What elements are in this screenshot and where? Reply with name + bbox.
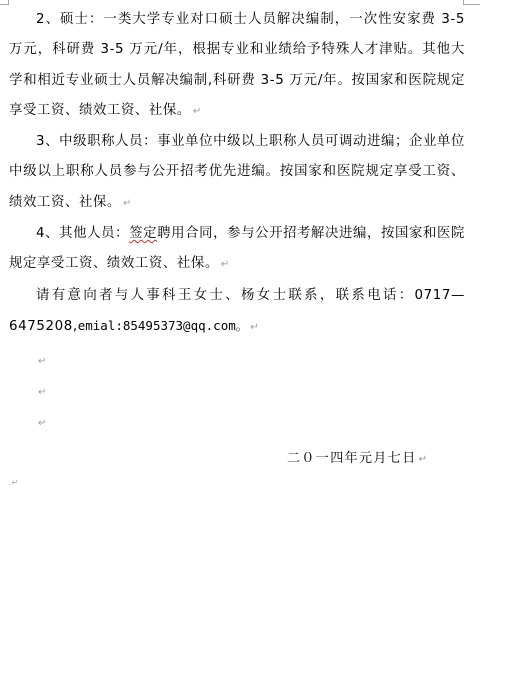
trailing-paragraph-mark-icon: .↵ [9, 478, 18, 487]
document-date-text: 二０一四年元月七日 [287, 451, 417, 466]
empty-paragraph[interactable]: ↵ [9, 343, 465, 374]
paragraph-mark-icon: ↵ [38, 356, 46, 367]
paragraph-other-staff[interactable]: 4、其他人员：签定聘用合同，参与公开招考解决进编，按国家和医院规定享受工资、绩效… [9, 219, 465, 281]
paragraph-masters-text: 2、硕士：一类大学专业对口硕士人员解决编制，一次性安家费 3-5 万元，科研费 … [9, 12, 465, 118]
empty-paragraph[interactable]: ↵ [9, 405, 465, 436]
paragraph-intermediate-title-text: 3、中级职称人员：事业单位中级以上职称人员可调动进编；企业单位中级以上职称人员参… [9, 134, 465, 210]
paragraph-mark-icon: ↵ [193, 106, 201, 117]
paragraph-mark-icon: ↵ [250, 322, 258, 333]
spellcheck-error-word[interactable]: 签定 [129, 226, 157, 241]
empty-paragraph[interactable]: ↵ [9, 374, 465, 405]
paragraph-other-staff-lead: 4、其他人员： [36, 226, 129, 241]
paragraph-mark-icon: ↵ [221, 259, 229, 270]
paragraph-masters[interactable]: 2、硕士：一类大学专业对口硕士人员解决编制，一次性安家费 3-5 万元，科研费 … [9, 5, 465, 127]
paragraph-mark-icon: ↵ [419, 454, 427, 465]
document-date[interactable]: 二０一四年元月七日↵ [287, 447, 427, 466]
paragraph-intermediate-title[interactable]: 3、中级职称人员：事业单位中级以上职称人员可调动进编；企业单位中级以上职称人员参… [9, 127, 465, 219]
paragraph-contact[interactable]: 请有意向者与人事科王女士、杨女士联系，联系电话：0717—6475208,emi… [9, 281, 465, 344]
paragraph-mark-icon: ↵ [38, 418, 46, 429]
paragraph-mark-icon: ↵ [123, 198, 131, 209]
page-corner-mark-top-left [0, 0, 9, 5]
document-page[interactable]: 2、硕士：一类大学专业对口硕士人员解决编制，一次性安家费 3-5 万元，科研费 … [9, 5, 465, 436]
paragraph-mark-icon: ↵ [38, 387, 46, 398]
contact-email-text: emial:85495373@qq.com。 [78, 318, 249, 333]
page-corner-mark-top-right [463, 0, 480, 5]
